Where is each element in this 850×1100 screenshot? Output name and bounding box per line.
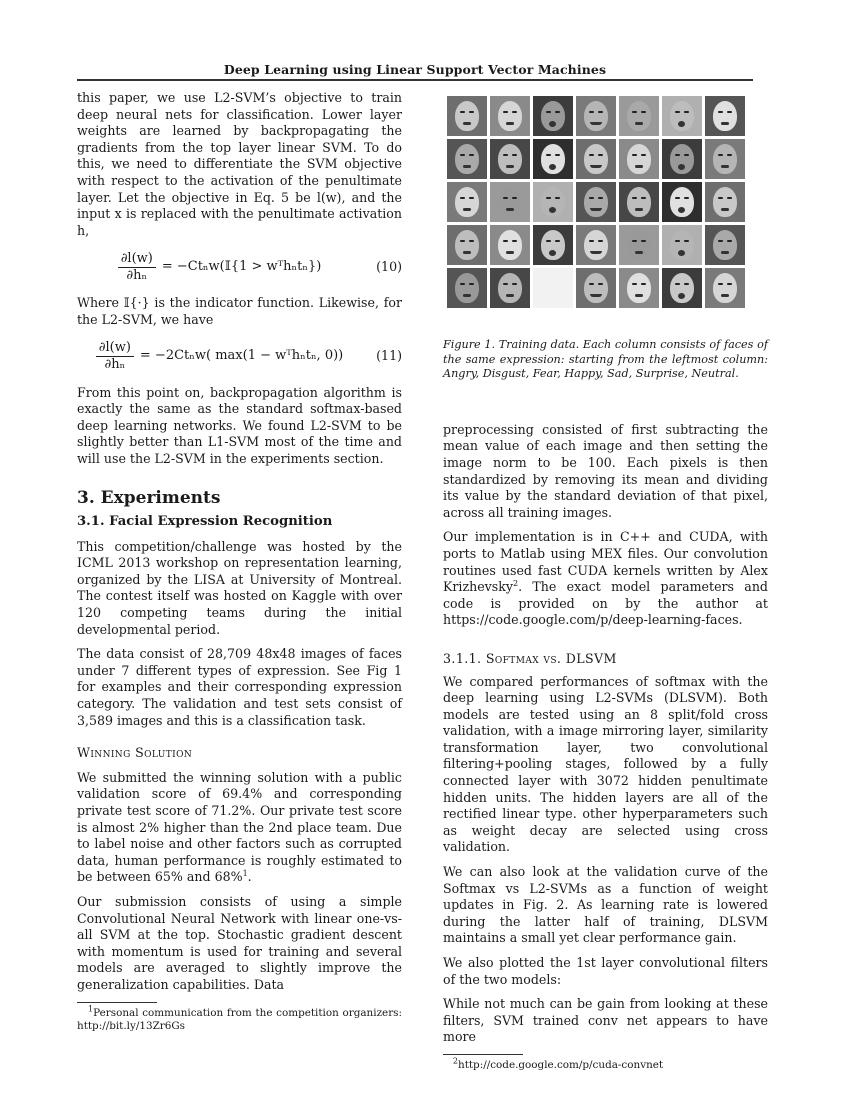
eq11-fraction: ∂l(w) ∂hₙ bbox=[96, 340, 134, 373]
footnote-rule bbox=[77, 1002, 157, 1003]
face-thumbnail-surprise bbox=[662, 182, 702, 222]
eq10-number: (10) bbox=[362, 259, 402, 276]
header-rule bbox=[77, 79, 753, 81]
face-thumbnail-fear bbox=[533, 225, 573, 265]
face-thumbnail-angry bbox=[447, 96, 487, 136]
right-column: Figure 1. Training data. Each column con… bbox=[443, 90, 768, 1072]
left-column: this paper, we use L2-SVM’s objective to… bbox=[77, 90, 402, 1033]
face-thumbnail-neutral bbox=[705, 268, 745, 308]
equation-10: ∂l(w) ∂hₙ = −Ctₙw(𝕀{1 > wᵀhₙtₙ}) (10) bbox=[77, 247, 402, 287]
footnote-2-text: http://code.google.com/p/cuda-convnet bbox=[458, 1059, 663, 1071]
eq10-fraction: ∂l(w) ∂hₙ bbox=[118, 251, 156, 284]
face-thumbnail-surprise bbox=[662, 268, 702, 308]
paragraph-winning: We submitted the winning solution with a… bbox=[77, 770, 402, 886]
face-thumbnail-neutral bbox=[705, 225, 745, 265]
footnote-rule-2 bbox=[443, 1054, 523, 1055]
face-thumbnail-disgust bbox=[490, 225, 530, 265]
face-thumbnail-neutral bbox=[705, 139, 745, 179]
paragraph-validation: We can also look at the validation curve… bbox=[443, 864, 768, 947]
face-thumbnail-disgust bbox=[490, 268, 530, 308]
face-thumbnail-fear bbox=[533, 268, 573, 308]
face-thumbnail-sad bbox=[619, 96, 659, 136]
face-thumbnail-happy bbox=[576, 268, 616, 308]
figure-1-training-faces bbox=[447, 96, 759, 308]
paragraph-filters: While not much can be gain from looking … bbox=[443, 996, 768, 1046]
face-thumbnail-neutral bbox=[705, 96, 745, 136]
paragraph-preprocessing: preprocessing consisted of first subtrac… bbox=[443, 422, 768, 522]
paragraph-plotted: We also plotted the 1st layer convolutio… bbox=[443, 955, 768, 988]
eq11-denominator: ∂hₙ bbox=[101, 357, 128, 373]
footnote-2: 2http://code.google.com/p/cuda-convnet bbox=[443, 1059, 768, 1072]
face-thumbnail-fear bbox=[533, 139, 573, 179]
face-thumbnail-angry bbox=[447, 225, 487, 265]
paragraph-indicator: Where 𝕀{·} is the indicator function. Li… bbox=[77, 295, 402, 328]
face-thumbnail-disgust bbox=[490, 182, 530, 222]
face-thumbnail-neutral bbox=[705, 182, 745, 222]
face-thumbnail-fear bbox=[533, 182, 573, 222]
face-thumbnail-sad bbox=[619, 139, 659, 179]
figure-1-caption: Figure 1. Training data. Each column con… bbox=[443, 338, 768, 382]
face-thumbnail-angry bbox=[447, 139, 487, 179]
running-head: Deep Learning using Linear Support Vecto… bbox=[77, 62, 753, 77]
eq11-number: (11) bbox=[362, 348, 402, 365]
face-thumbnail-disgust bbox=[490, 96, 530, 136]
face-thumbnail-surprise bbox=[662, 225, 702, 265]
paragraph-submission: Our submission consists of using a simpl… bbox=[77, 894, 402, 994]
subsection-heading-facial-expression: 3.1. Facial Expression Recognition bbox=[77, 514, 402, 531]
eq10-numerator: ∂l(w) bbox=[118, 251, 156, 268]
section-heading-experiments: 3. Experiments bbox=[77, 490, 402, 507]
winning-text-end: . bbox=[248, 869, 252, 884]
face-thumbnail-sad bbox=[619, 182, 659, 222]
face-thumbnail-angry bbox=[447, 182, 487, 222]
paragraph-data: The data consist of 28,709 48x48 images … bbox=[77, 646, 402, 729]
eq10-denominator: ∂hₙ bbox=[123, 268, 150, 284]
face-thumbnail-surprise bbox=[662, 139, 702, 179]
face-thumbnail-sad bbox=[619, 225, 659, 265]
paragraph-compared: We compared performances of softmax with… bbox=[443, 674, 768, 857]
paragraph-backprop: From this point on, backpropagation algo… bbox=[77, 385, 402, 468]
paragraph-heading-winning-solution: Winning Solution bbox=[77, 745, 402, 762]
face-thumbnail-fear bbox=[533, 96, 573, 136]
face-thumbnail-angry bbox=[447, 268, 487, 308]
face-thumbnail-happy bbox=[576, 225, 616, 265]
footnote-1-text: Personal communication from the competit… bbox=[77, 1007, 402, 1032]
face-grid bbox=[447, 96, 759, 308]
subsubsection-heading-softmax-vs-dlsvm: 3.1.1. Softmax vs. DLSVM bbox=[443, 651, 768, 668]
paragraph-competition: This competition/challenge was hosted by… bbox=[77, 539, 402, 639]
face-thumbnail-surprise bbox=[662, 96, 702, 136]
face-thumbnail-happy bbox=[576, 139, 616, 179]
paragraph-implementation: Our implementation is in C++ and CUDA, w… bbox=[443, 529, 768, 629]
footnote-1: 1Personal communication from the competi… bbox=[77, 1007, 402, 1033]
eq11-rhs: = −2Ctₙw( max(1 − wᵀhₙtₙ, 0)) bbox=[140, 348, 343, 365]
eq11-numerator: ∂l(w) bbox=[96, 340, 134, 357]
face-thumbnail-disgust bbox=[490, 139, 530, 179]
paragraph-intro: this paper, we use L2-SVM’s objective to… bbox=[77, 90, 402, 239]
face-thumbnail-sad bbox=[619, 268, 659, 308]
winning-text: We submitted the winning solution with a… bbox=[77, 770, 402, 885]
face-thumbnail-happy bbox=[576, 96, 616, 136]
equation-11: ∂l(w) ∂hₙ = −2Ctₙw( max(1 − wᵀhₙtₙ, 0)) … bbox=[77, 337, 402, 377]
eq10-rhs: = −Ctₙw(𝕀{1 > wᵀhₙtₙ}) bbox=[162, 259, 321, 276]
face-thumbnail-happy bbox=[576, 182, 616, 222]
